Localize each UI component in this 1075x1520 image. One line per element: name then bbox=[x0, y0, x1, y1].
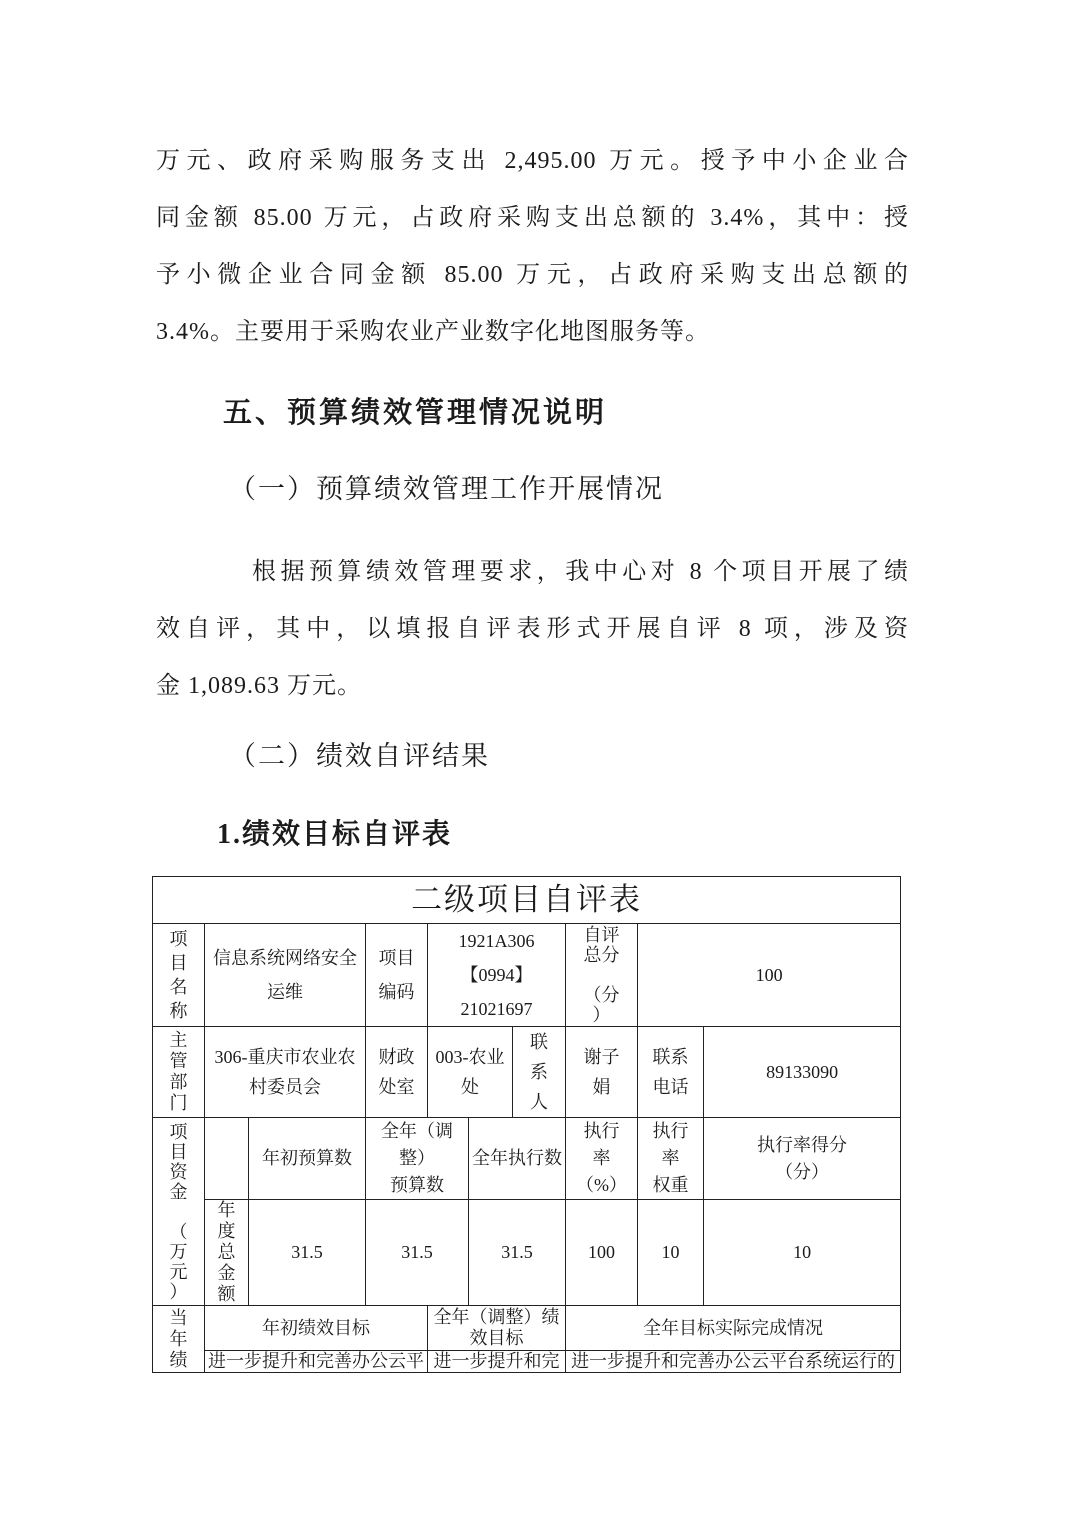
finance-office-value: 003-农业 处 bbox=[428, 1027, 513, 1118]
table-section-heading: 1.绩效目标自评表 bbox=[217, 812, 452, 852]
initial-target-value: 进一步提升和完善办公云平 bbox=[205, 1351, 428, 1373]
self-evaluation-table: 二级项目自评表 项 目 名 称 信息系统网络安全 运维 项目 编码 1921A3… bbox=[152, 876, 901, 1373]
dept-value: 306-重庆市农业农 村委员会 bbox=[205, 1027, 366, 1118]
rate-weight-value: 10 bbox=[638, 1200, 704, 1306]
finance-office-label: 财政 处室 bbox=[366, 1027, 428, 1118]
phone-value: 89133090 bbox=[704, 1027, 901, 1118]
project-funds-label: 项 目 资 金 （ 万 元 ） bbox=[153, 1118, 205, 1306]
execution-rate-value: 100 bbox=[566, 1200, 638, 1306]
rate-weight-header: 执行 率 权重 bbox=[638, 1118, 704, 1200]
project-name-label: 项 目 名 称 bbox=[153, 924, 205, 1027]
rate-score-value: 10 bbox=[704, 1200, 901, 1306]
text-line: 效自评，其中，以填报自评表形式开展自评 8 项，涉及资 bbox=[156, 601, 909, 658]
subsection-5-1-heading: （一）预算绩效管理工作开展情况 bbox=[229, 467, 664, 506]
self-score-value: 100 bbox=[638, 924, 901, 1027]
section-5-heading: 五、预算绩效管理情况说明 bbox=[223, 390, 607, 431]
text-line: 予小微企业合同金额 85.00 万元，占政府采购支出总额的 bbox=[156, 247, 909, 304]
document-page: 万元、政府采购服务支出 2,495.00 万元。授予中小企业合 同金额 85.0… bbox=[0, 0, 1075, 1520]
project-code-value: 1921A306 【0994】 21021697 bbox=[428, 924, 566, 1027]
paragraph-self-evaluation: 根据预算绩效管理要求，我中心对 8 个项目开展了绩 效自评，其中，以填报自评表形… bbox=[156, 544, 909, 715]
project-code-label: 项目 编码 bbox=[366, 924, 428, 1027]
self-score-label: 自评 总分 （分 ） bbox=[566, 924, 638, 1027]
text-line: 3.4%。主要用于采购农业产业数字化地图服务等。 bbox=[156, 304, 909, 361]
text-line: 万元、政府采购服务支出 2,495.00 万元。授予中小企业合 bbox=[156, 133, 909, 190]
empty-cell bbox=[205, 1118, 249, 1200]
text-line: 同金额 85.00 万元，占政府采购支出总额的 3.4%，其中：授 bbox=[156, 190, 909, 247]
table-title: 二级项目自评表 bbox=[153, 877, 901, 924]
contact-value: 谢子 娟 bbox=[566, 1027, 638, 1118]
phone-label: 联系 电话 bbox=[638, 1027, 704, 1118]
adjusted-target-header: 全年（调整）绩 效目标 bbox=[428, 1306, 566, 1351]
annual-total-label: 年 度 总 金 额 bbox=[205, 1200, 249, 1306]
contact-label: 联 系 人 bbox=[513, 1027, 566, 1118]
paragraph-procurement: 万元、政府采购服务支出 2,495.00 万元。授予中小企业合 同金额 85.0… bbox=[156, 133, 909, 361]
executed-amount-value: 31.5 bbox=[469, 1200, 566, 1306]
actual-completion-value: 进一步提升和完善办公云平台系统运行的 bbox=[566, 1351, 901, 1373]
project-name-value: 信息系统网络安全 运维 bbox=[205, 924, 366, 1027]
text-line: 根据预算绩效管理要求，我中心对 8 个项目开展了绩 bbox=[156, 544, 909, 601]
current-year-label: 当 年 绩 bbox=[153, 1306, 205, 1373]
text-line: 金 1,089.63 万元。 bbox=[156, 658, 909, 715]
executed-amount-header: 全年执行数 bbox=[469, 1118, 566, 1200]
adjusted-budget-header: 全年（调 整） 预算数 bbox=[366, 1118, 469, 1200]
adjusted-budget-value: 31.5 bbox=[366, 1200, 469, 1306]
execution-rate-header: 执行 率 （%） bbox=[566, 1118, 638, 1200]
initial-target-header: 年初绩效目标 bbox=[205, 1306, 428, 1351]
initial-budget-header: 年初预算数 bbox=[249, 1118, 366, 1200]
initial-budget-value: 31.5 bbox=[249, 1200, 366, 1306]
actual-completion-header: 全年目标实际完成情况 bbox=[566, 1306, 901, 1351]
adjusted-target-value: 进一步提升和完 bbox=[428, 1351, 566, 1373]
subsection-5-2-heading: （二）绩效自评结果 bbox=[229, 734, 490, 773]
dept-label: 主 管 部 门 bbox=[153, 1027, 205, 1118]
rate-score-header: 执行率得分 （分） bbox=[704, 1118, 901, 1200]
